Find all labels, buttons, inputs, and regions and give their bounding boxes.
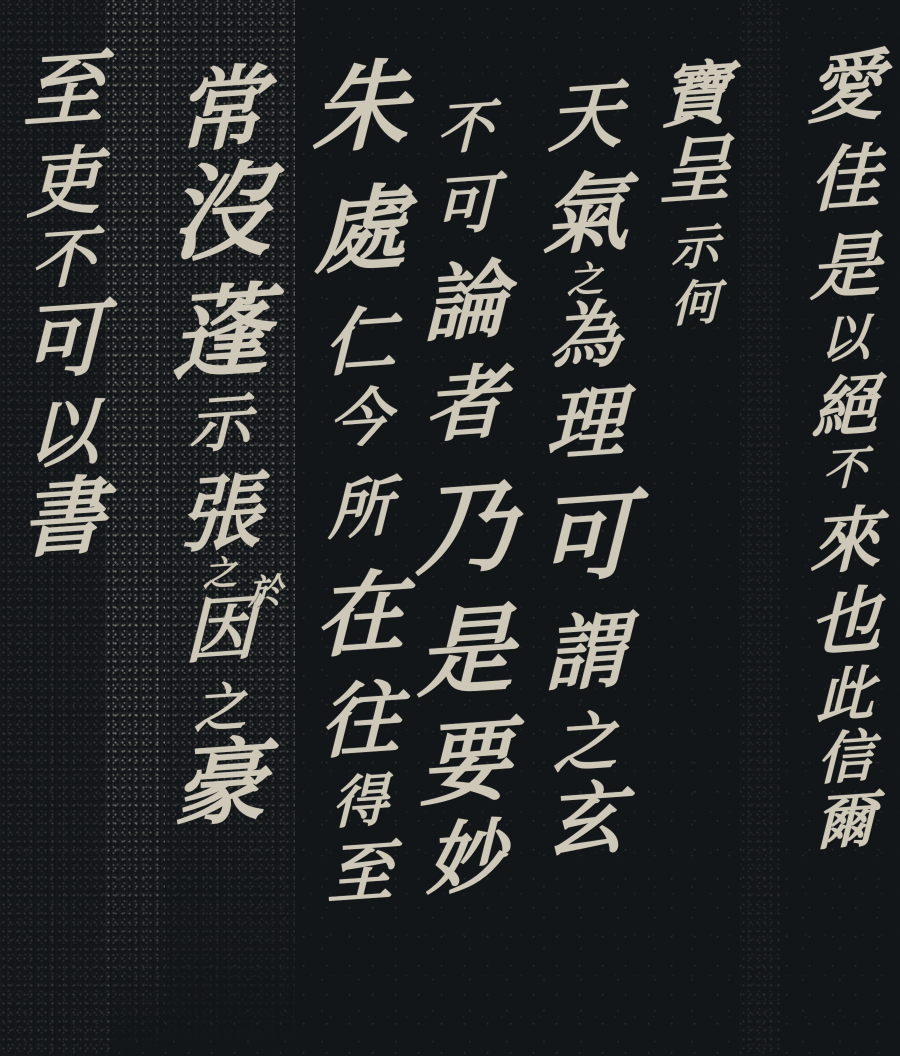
calligraphy-column-2: 寶 呈 示 何 — [650, 60, 740, 328]
calligraphy-rubbing: 愛 佳 是 以 絕 不 來 也 此 信 爾 寶 呈 示 何 天 氣 之 為 理 … — [0, 0, 900, 1056]
character: 沒 — [168, 157, 272, 268]
character: 寶 — [660, 58, 730, 133]
character: 於 — [248, 574, 282, 610]
character: 要 — [420, 715, 510, 811]
character: 是 — [810, 230, 880, 305]
character: 氣 — [542, 169, 628, 261]
character: 謂 — [544, 609, 626, 697]
character: 可 — [22, 297, 104, 385]
character: 佳 — [810, 142, 880, 217]
calligraphy-column-6: 常 沒 蓬 示 張 之 因 之 豪 — [160, 65, 280, 829]
character: 往 — [320, 677, 400, 763]
character: 吏 — [26, 143, 100, 222]
character: 示 — [671, 222, 719, 273]
character: 張 — [179, 470, 261, 558]
character: 得 — [332, 772, 388, 832]
character: 以 — [27, 395, 99, 472]
character: 呈 — [659, 131, 731, 208]
character: 至 — [23, 47, 103, 133]
character: 豪 — [174, 734, 266, 832]
character: 處 — [314, 181, 406, 279]
calligraphy-column-1: 愛 佳 是 以 絕 不 來 也 此 信 爾 — [800, 50, 890, 852]
calligraphy-column-3: 天 氣 之 為 理 可 謂 之 玄 — [530, 80, 640, 860]
character: 今 — [329, 386, 391, 452]
character: 理 — [546, 383, 624, 466]
character: 示 — [189, 391, 251, 457]
character: 者 — [425, 361, 505, 447]
character: 妙 — [426, 817, 504, 900]
character: 愛 — [807, 47, 883, 128]
character: 常 — [175, 62, 265, 158]
character: 朱 — [312, 57, 408, 160]
character: 仁 — [324, 303, 396, 380]
character: 爾 — [815, 790, 875, 854]
character: 至 — [327, 838, 393, 909]
character: 以 — [820, 312, 870, 365]
character: 可 — [537, 487, 633, 590]
character: 之 — [553, 710, 617, 778]
calligraphy-column-4: 不 可 論 者 乃 是 要 妙 — [410, 100, 520, 898]
character: 蓬 — [171, 282, 269, 387]
character: 何 — [671, 278, 719, 329]
calligraphy-column-8: 至 吏 不 可 以 書 — [18, 50, 108, 560]
character: 信 — [817, 728, 873, 788]
calligraphy-column-7-annotation: 於 — [240, 575, 290, 609]
character: 此 — [816, 664, 874, 726]
character: 在 — [315, 567, 405, 663]
character: 絕 — [812, 372, 878, 443]
calligraphy-column-5: 朱 處 仁 今 所 在 往 得 至 — [305, 60, 415, 906]
worn-stone-texture — [740, 0, 780, 1056]
character: 書 — [21, 473, 105, 563]
character: 不 — [31, 226, 95, 294]
character: 是 — [417, 601, 513, 704]
character: 來 — [810, 504, 880, 579]
character: 不 — [823, 446, 867, 493]
character: 乃 — [415, 475, 515, 582]
character: 天 — [548, 77, 622, 156]
character: 所 — [328, 476, 392, 544]
character: 論 — [423, 257, 507, 347]
character: 為 — [549, 297, 621, 374]
character: 也 — [809, 583, 881, 660]
character: 不 — [437, 98, 493, 158]
worn-stone-texture — [105, 0, 165, 1056]
character: 可 — [433, 172, 497, 240]
character: 玄 — [546, 779, 624, 862]
